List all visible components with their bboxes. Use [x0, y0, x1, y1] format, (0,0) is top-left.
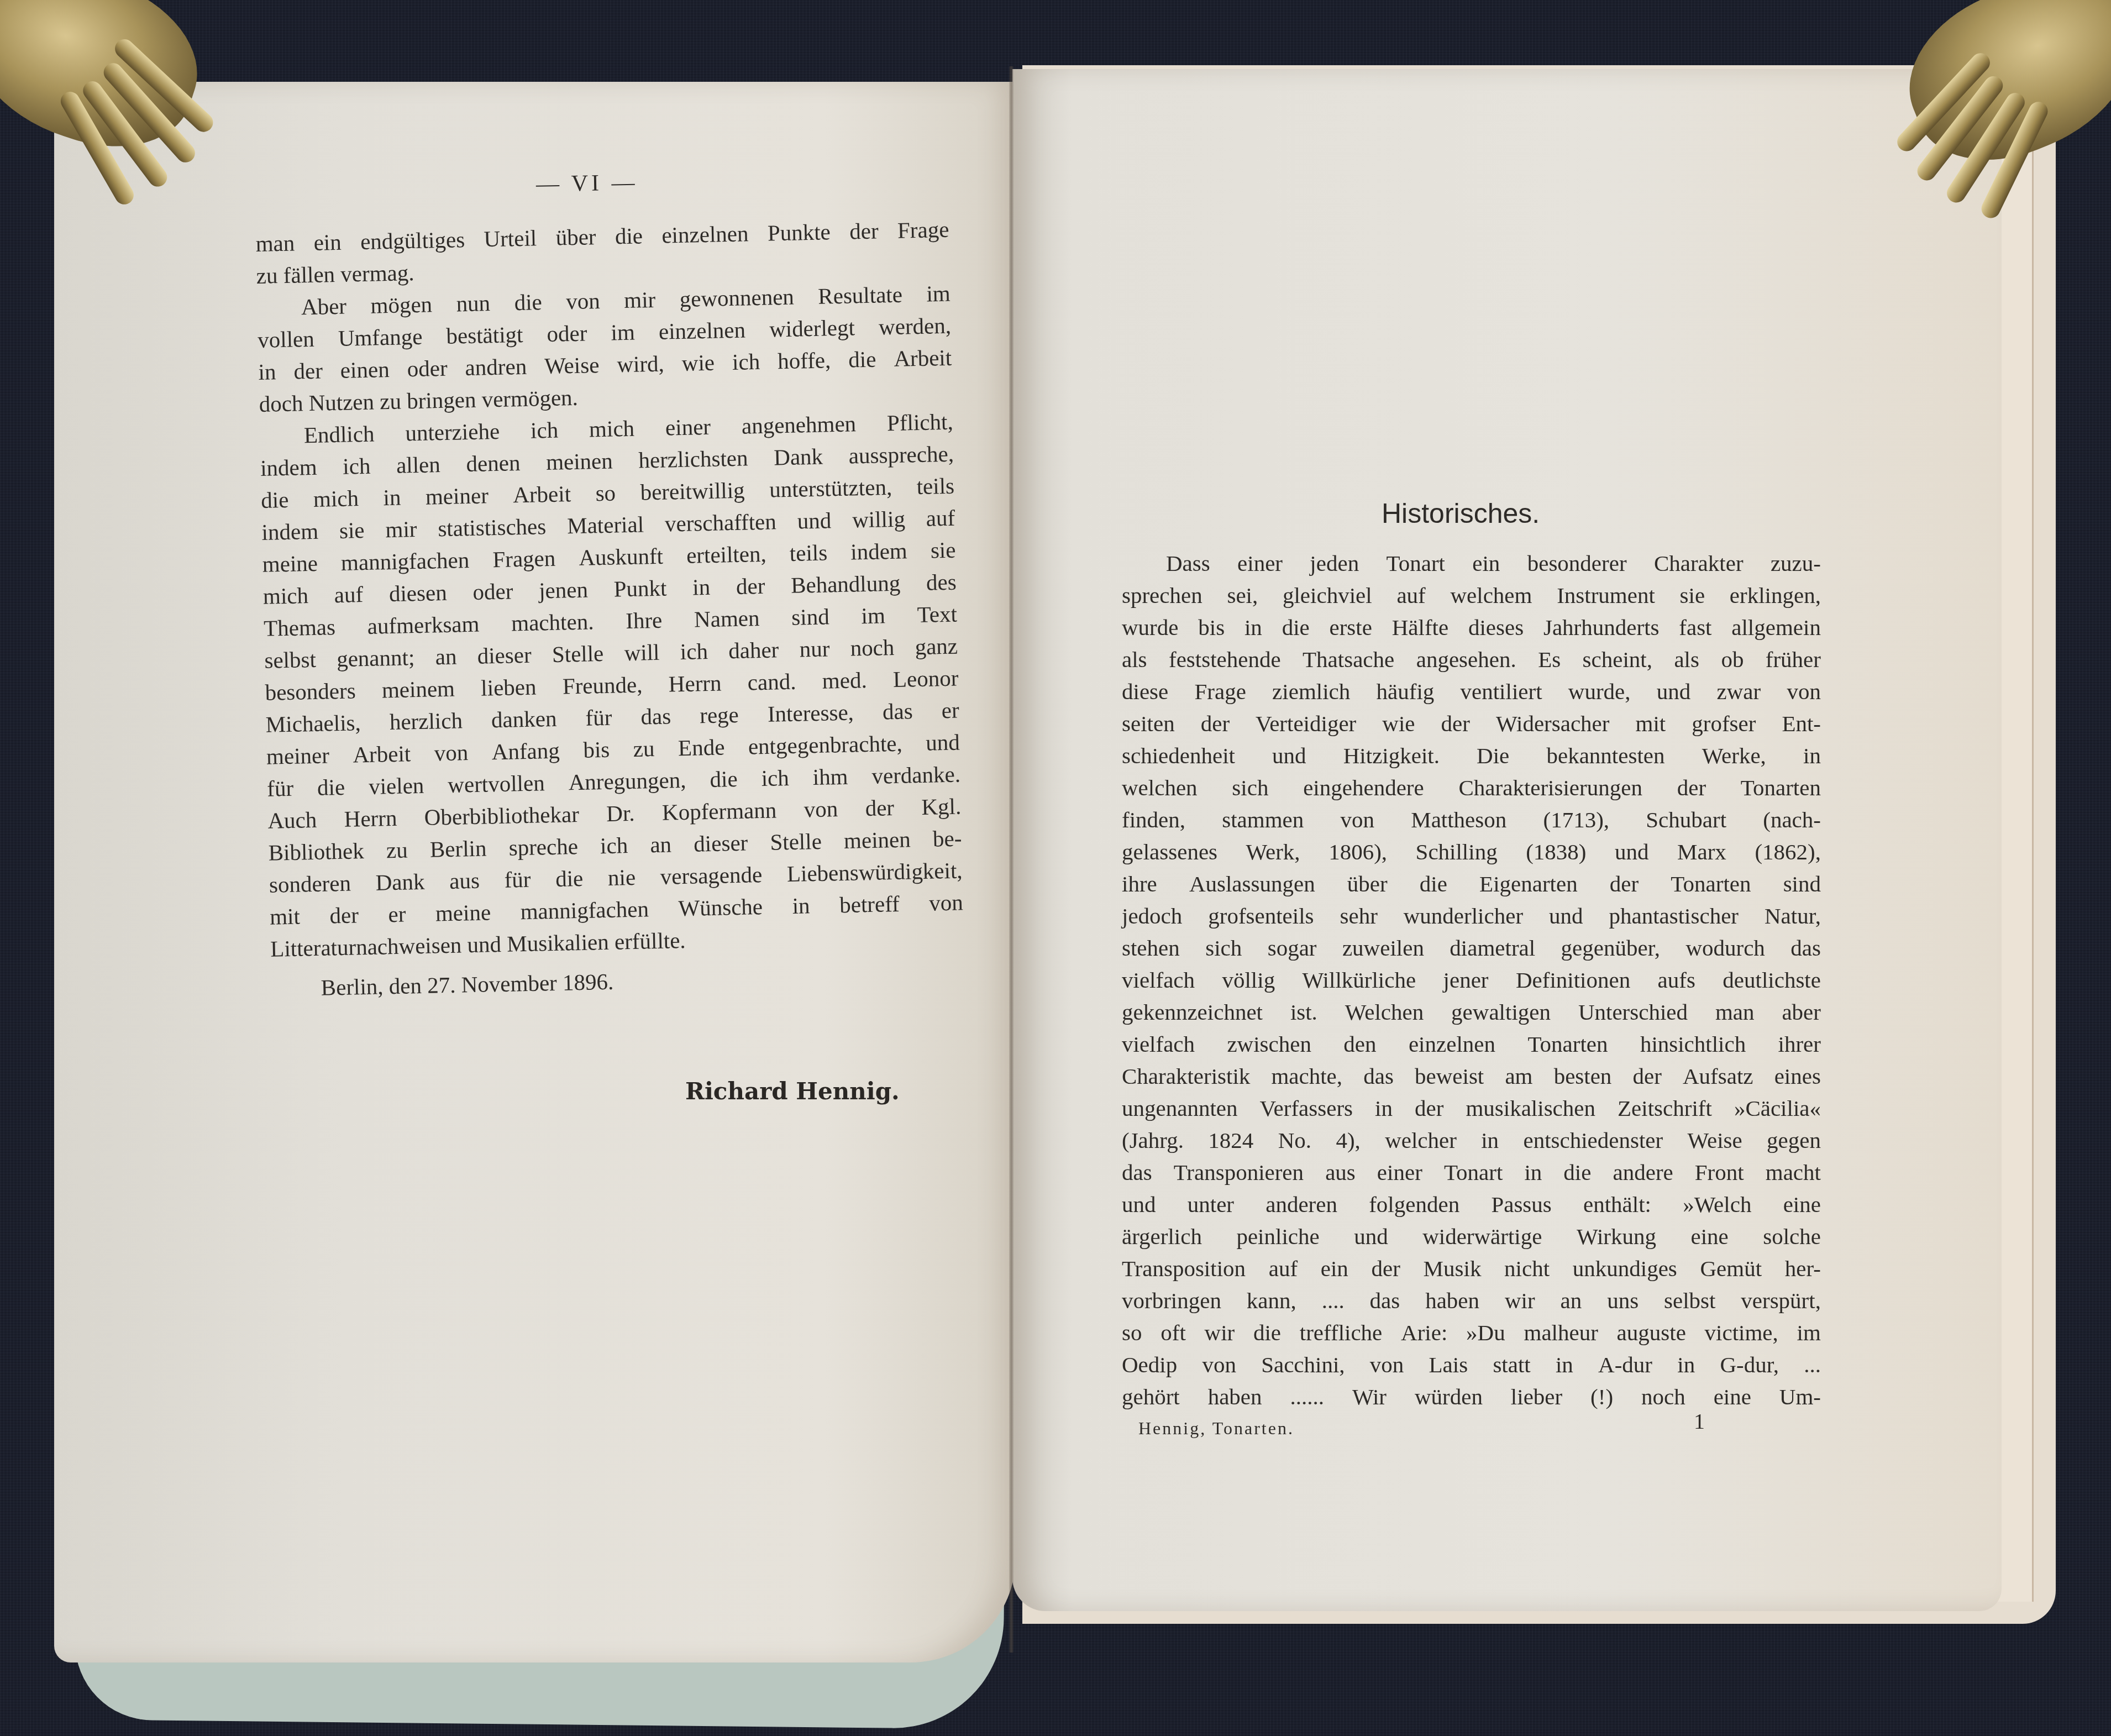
text-line: schiedenheitundHitzigkeit.Diebekannteste…: [1122, 739, 1821, 772]
text-line: vorbringenkann,....dashabenwiranunsselbs…: [1122, 1284, 1821, 1317]
author-signature: Richard Hennig.: [685, 1078, 900, 1105]
text-line: alsfeststehendeThatsacheangesehen.Essche…: [1122, 643, 1821, 675]
book-gutter: [1009, 66, 1014, 1653]
text-line: stehensichsogarzuweilendiametralgegenübe…: [1122, 932, 1821, 964]
text-line: jedochgrofsenteilssehrwunderlicherundpha…: [1122, 900, 1821, 932]
text-line: ihreAuslassungenüberdieEigenartenderTona…: [1122, 868, 1821, 900]
text-line: wurdebisindieersteHälftediesesJahrhunder…: [1122, 611, 1821, 643]
text-line: TranspositionaufeinderMusiknichtunkundig…: [1122, 1252, 1821, 1284]
text-line: ärgerlichpeinlicheundwiderwärtigeWirkung…: [1122, 1220, 1821, 1252]
text-line: dieseFrageziemlichhäufigventiliertwurde,…: [1122, 675, 1821, 707]
text-line: seitenderVerteidigerwiederWidersachermit…: [1122, 707, 1821, 739]
signature-mark: 1: [1694, 1408, 1705, 1434]
text-line: sooftwirdietrefflicheArie:»Dumalheuraugu…: [1122, 1317, 1821, 1349]
text-line: vielfachvölligWillkürlichejenerDefinitio…: [1122, 964, 1821, 996]
text-line: finden,stammenvonMattheson(1713),Schubar…: [1122, 804, 1821, 836]
brass-hand-clip-left-icon: [0, 0, 218, 170]
left-page-body: maneinendgültigesUrteilüberdieeinzelnenP…: [255, 213, 965, 1005]
text-line: gekennzeichnetist.WelchengewaltigenUnter…: [1122, 996, 1821, 1028]
text-line: ungenanntenVerfassersindermusikalischenZ…: [1122, 1092, 1821, 1124]
text-line: welchensicheingehendereCharakterisierung…: [1122, 772, 1821, 804]
left-page-number: — VI —: [536, 169, 638, 197]
text-line: (Jahrg.1824No.4),welcherinentschiedenste…: [1122, 1124, 1821, 1156]
text-line: OedipvonSacchini,vonLaisstattinA-durinG-…: [1122, 1349, 1821, 1381]
section-heading: Historisches.: [1382, 497, 1540, 529]
text-line: gehörthaben......Wirwürdenlieber(!)noche…: [1122, 1381, 1821, 1413]
text-line: sprechensei,gleichvielaufwelchemInstrume…: [1122, 579, 1821, 611]
footer-signature: Hennig, Tonarten.: [1138, 1418, 1294, 1439]
text-line: Charakteristikmachte,dasbeweistambestend…: [1122, 1060, 1821, 1092]
text-line: dasTransponierenauseinerTonartindieander…: [1122, 1156, 1821, 1188]
text-line: DasseinerjedenTonarteinbesondererCharakt…: [1122, 547, 1821, 579]
text-line: gelassenesWerk,1806),Schilling(1838)undM…: [1122, 836, 1821, 868]
right-page-body: DasseinerjedenTonarteinbesondererCharakt…: [1122, 547, 1821, 1413]
text-line: undunteranderenfolgendenPassusenthält:»W…: [1122, 1188, 1821, 1220]
text-line: vielfachzwischendeneinzelnenTonartenhins…: [1122, 1028, 1821, 1060]
